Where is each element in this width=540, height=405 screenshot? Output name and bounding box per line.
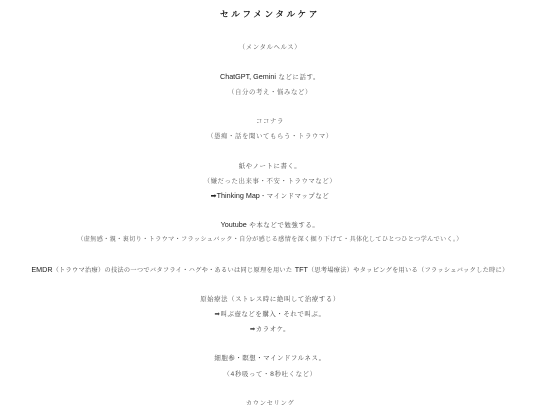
text-line: （愚痴・話を聞いてもらう・トラウマ）	[0, 131, 540, 141]
text-line: （虚無感・親・裏切り・トラウマ・フラッシュバック・自分が感じる感情を深く掘り下げ…	[0, 235, 540, 245]
latin-text: EMDR	[31, 265, 52, 274]
text-line: ココナラ	[0, 116, 540, 126]
page-title: セルフメンタルケア	[0, 10, 540, 20]
text-line: 原始療法（ストレス時に絶叫して治療する）	[0, 294, 540, 304]
jp-text: ・マインドマップなど	[260, 192, 330, 200]
latin-text: ChatGPT, Gemini	[220, 72, 276, 81]
latin-text: ➡Thinking Map	[211, 191, 260, 200]
text-line: （嫌だった出来事・不安・トラウマなど）	[0, 176, 540, 186]
jp-text: や本などで勉強する。	[247, 221, 320, 229]
page-subtitle: （メンタルヘルス）	[0, 42, 540, 52]
latin-text: TFT	[295, 265, 308, 274]
jp-text: などに話す。	[276, 73, 320, 81]
text-line: 紙やノートに書く。	[0, 161, 540, 171]
text-line: カウンセリング	[0, 398, 540, 405]
text-line: （4秒吸って・8秒吐くなど）	[0, 369, 540, 379]
jp-text: （トラウマ治療）の技法の一つでバタフライ・ハグや・あるいは同じ原理を用いた	[53, 267, 295, 274]
text-line: 細胞参・瞑想・マインドフルネス。	[0, 353, 540, 363]
text-line: ➡Thinking Map・マインドマップなど	[0, 191, 540, 201]
text-line: ➡叫ぶ壺などを購入・それで叫ぶ。	[0, 309, 540, 319]
latin-text: Youtube	[221, 220, 247, 229]
text-line: ChatGPT, Gemini などに話す。	[0, 72, 540, 82]
text-line: Youtube や本などで勉強する。	[0, 220, 540, 230]
text-line: ➡カラオケ。	[0, 324, 540, 334]
text-line: EMDR（トラウマ治療）の技法の一つでバタフライ・ハグや・あるいは同じ原理を用い…	[0, 265, 540, 276]
text-line: （自分の考え・悩みなど）	[0, 87, 540, 97]
jp-text: （思考場療法）やタッピングを用いる（フラッシュバックした時に）	[308, 267, 509, 274]
